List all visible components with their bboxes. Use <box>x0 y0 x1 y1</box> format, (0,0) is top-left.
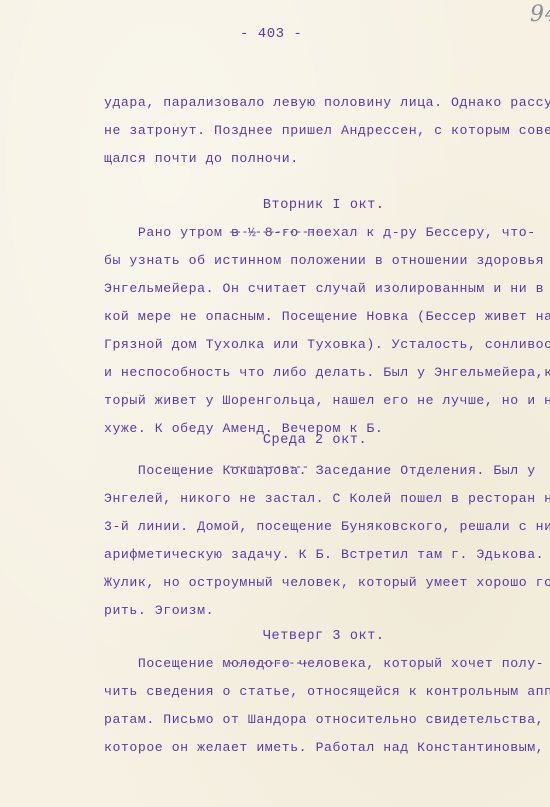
text-line: Энгелей, никого не застал. С Колей пошел… <box>104 490 550 508</box>
text-line: удара, парализовало левую половину лица.… <box>104 94 550 112</box>
text-line: Грязной дом Тухолка или Туховка). Устало… <box>104 336 550 354</box>
section-heading-wednesday: Среда 2 окт. ------------ <box>228 418 367 501</box>
page-number: - 403 - <box>240 26 302 42</box>
text-line: торый живет у Шоренгольца, нашел его не … <box>104 392 550 410</box>
heading-text: Вторник I окт. <box>263 198 385 213</box>
text-line: бы узнать об истинном положении в отноше… <box>104 252 544 270</box>
text-line: Жулик, но остроумный человек, который ум… <box>104 574 550 592</box>
text-line: ратам. Письмо от Шандора относительно св… <box>104 711 544 729</box>
typewritten-page: 94 - 403 - удара, парализовало левую пол… <box>0 0 550 807</box>
text-line: Рано утром в ½ 8-го поехал к д-ру Бессер… <box>104 224 536 242</box>
text-line: Посещение молодого человека, который хоч… <box>104 655 544 673</box>
text-line: щался почти до полночи. <box>104 150 299 168</box>
text-line: которое он желает иметь. Работал над Кон… <box>104 739 544 757</box>
heading-text: Среда 2 окт. <box>263 433 367 448</box>
text-line: арифметическую задачу. К Б. Встретил там… <box>104 546 544 564</box>
text-line: кой мере не опасным. Посещение Новка (Бе… <box>104 308 550 326</box>
heading-text: Четверг 3 окт. <box>263 629 385 644</box>
text-line: Посещение Кокшарова. Заседание Отделения… <box>104 462 536 480</box>
text-line: 3-й линии. Домой, посещение Буняковского… <box>104 518 550 536</box>
text-line: Энгельмейера. Он считает случай изолиров… <box>104 280 550 298</box>
handwritten-folio-number: 94 <box>530 2 550 27</box>
text-line: рить. Эгоизм. <box>104 602 214 620</box>
text-line: и неспособность что либо делать. Был у Э… <box>104 364 550 382</box>
text-line: не затронут. Позднее пришел Андрессен, с… <box>104 122 550 140</box>
text-line: чить сведения о статье, относящейся к ко… <box>104 683 550 701</box>
